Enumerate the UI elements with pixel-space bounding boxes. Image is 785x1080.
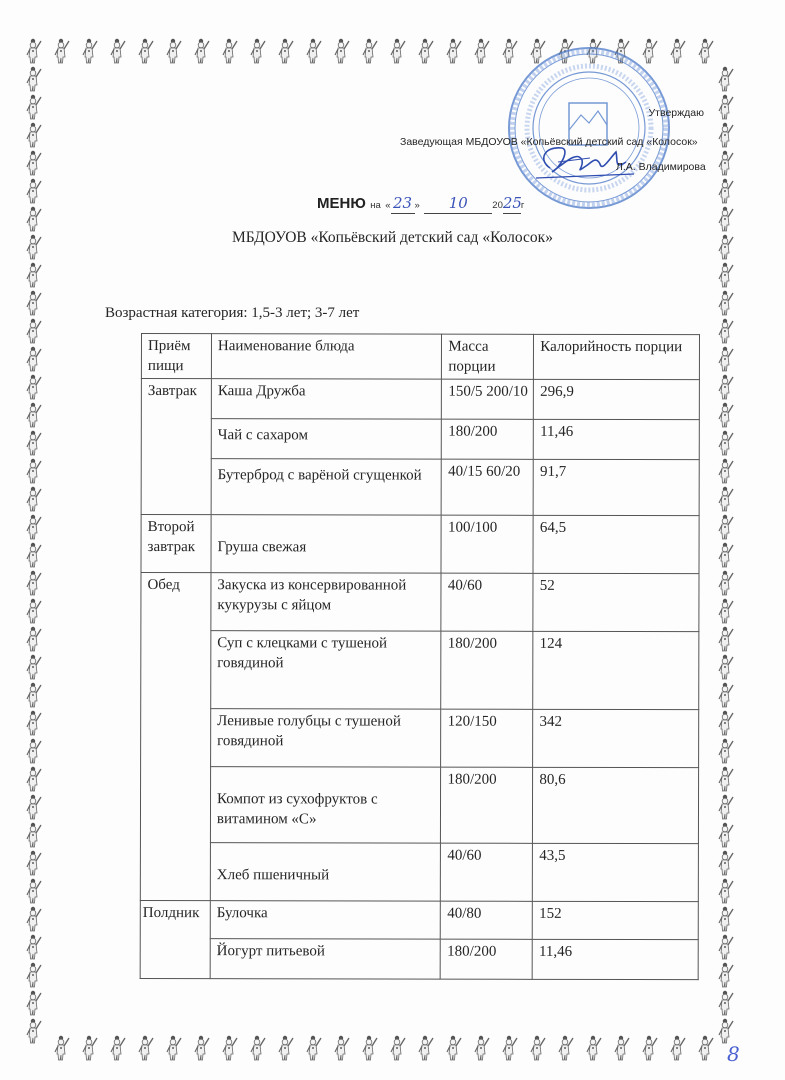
child-figure-icon bbox=[26, 934, 44, 960]
dish-name: Бутерброд с варёной сгущенкой bbox=[211, 459, 442, 515]
dish-name: Суп с клецками с тушеной говядиной bbox=[211, 631, 442, 709]
dish-calories: 152 bbox=[533, 901, 699, 939]
table-row: Чай с сахаром 180/200 11,46 bbox=[141, 419, 699, 460]
child-figure-icon bbox=[26, 1018, 44, 1044]
header-dish: Наименование блюда bbox=[211, 334, 442, 379]
dish-calories: 124 bbox=[533, 631, 699, 709]
page-number: 8 bbox=[727, 1042, 740, 1066]
dish-name: Компот из сухофруктов с витамином «С» bbox=[210, 767, 441, 843]
table-row: Йогурт питьевой 180/200 11,46 bbox=[140, 938, 698, 979]
child-figure-icon bbox=[718, 962, 736, 988]
meal-cell: Обед bbox=[140, 573, 211, 901]
child-figure-icon bbox=[26, 178, 44, 204]
child-figure-icon bbox=[26, 514, 44, 540]
child-figure-icon bbox=[26, 682, 44, 708]
child-figure-icon bbox=[718, 906, 736, 932]
dish-name: Йогурт питьевой bbox=[210, 939, 441, 979]
child-figure-icon bbox=[558, 1035, 576, 1061]
table-row: Хлеб пшеничный 40/60 43,5 bbox=[140, 842, 698, 901]
dish-mass: 40/80 bbox=[441, 901, 533, 939]
child-figure-icon bbox=[718, 234, 736, 260]
child-figure-icon bbox=[718, 94, 736, 120]
dish-name: Чай с сахаром bbox=[211, 419, 442, 459]
child-figure-icon bbox=[222, 1035, 240, 1061]
organization-name: МБДОУОВ «Копьёвский детский сад «Колосок… bbox=[232, 229, 553, 247]
child-figure-icon bbox=[718, 66, 736, 92]
child-figure-icon bbox=[54, 1035, 72, 1061]
child-figure-icon bbox=[26, 570, 44, 596]
child-figure-icon bbox=[166, 38, 184, 64]
child-figure-icon bbox=[718, 850, 736, 876]
child-figure-icon bbox=[166, 1035, 184, 1061]
child-figure-icon bbox=[26, 318, 44, 344]
child-figure-icon bbox=[26, 990, 44, 1016]
dish-mass: 180/200 bbox=[441, 631, 533, 709]
dish-calories: 43,5 bbox=[533, 843, 699, 901]
child-figure-icon bbox=[390, 1035, 408, 1061]
child-figure-icon bbox=[26, 654, 44, 680]
header-mass: Масса порции bbox=[442, 334, 534, 379]
child-figure-icon bbox=[642, 1035, 660, 1061]
child-figure-icon bbox=[26, 346, 44, 372]
child-figure-icon bbox=[418, 38, 436, 64]
dish-name: Булочка bbox=[210, 901, 441, 939]
child-figure-icon bbox=[446, 38, 464, 64]
child-figure-icon bbox=[718, 1018, 736, 1044]
child-figure-icon bbox=[718, 878, 736, 904]
child-figure-icon bbox=[26, 122, 44, 148]
child-figure-icon bbox=[718, 710, 736, 736]
child-figure-icon bbox=[26, 402, 44, 428]
child-figure-icon bbox=[718, 486, 736, 512]
child-figure-icon bbox=[26, 850, 44, 876]
dish-mass: 150/5 200/10 bbox=[442, 379, 534, 419]
meal-cell: Второй завтрак bbox=[141, 515, 211, 573]
child-figure-icon bbox=[26, 234, 44, 260]
child-figure-icon bbox=[362, 1035, 380, 1061]
child-figure-icon bbox=[718, 626, 736, 652]
child-figure-icon bbox=[718, 430, 736, 456]
menu-word: МЕНЮ bbox=[317, 195, 366, 212]
child-figure-icon bbox=[718, 178, 736, 204]
menu-day: 23 bbox=[393, 194, 412, 212]
child-figure-icon bbox=[718, 654, 736, 680]
child-figure-icon bbox=[670, 1035, 688, 1061]
child-figure-icon bbox=[698, 38, 716, 64]
approval-title: Утверждаю bbox=[649, 107, 704, 119]
dish-mass: 180/200 bbox=[441, 767, 533, 843]
dish-calories: 11,46 bbox=[534, 419, 700, 459]
child-figure-icon bbox=[194, 38, 212, 64]
child-figure-icon bbox=[278, 1035, 296, 1061]
dish-calories: 296,9 bbox=[534, 379, 700, 419]
official-stamp-icon bbox=[506, 45, 672, 211]
child-figure-icon bbox=[278, 38, 296, 64]
child-figure-icon bbox=[26, 962, 44, 988]
child-figure-icon bbox=[718, 990, 736, 1016]
child-figure-icon bbox=[698, 1035, 716, 1061]
child-figure-icon bbox=[26, 766, 44, 792]
child-figure-icon bbox=[306, 38, 324, 64]
dish-name: Ленивые голубцы с тушеной говядиной bbox=[211, 709, 442, 767]
child-figure-icon bbox=[718, 290, 736, 316]
table-header-row: Приём пищи Наименование блюда Масса порц… bbox=[141, 334, 699, 380]
child-figure-icon bbox=[718, 542, 736, 568]
child-figure-icon bbox=[138, 38, 156, 64]
child-figure-icon bbox=[718, 766, 736, 792]
child-figure-icon bbox=[718, 402, 736, 428]
child-figure-icon bbox=[670, 38, 688, 64]
approval-signatory: Л.А. Владимирова bbox=[616, 161, 716, 173]
child-figure-icon bbox=[26, 738, 44, 764]
child-figure-icon bbox=[110, 1035, 128, 1061]
child-figure-icon bbox=[26, 458, 44, 484]
child-figure-icon bbox=[26, 486, 44, 512]
child-figure-icon bbox=[26, 710, 44, 736]
child-figure-icon bbox=[26, 290, 44, 316]
child-figure-icon bbox=[718, 206, 736, 232]
child-figure-icon bbox=[306, 1035, 324, 1061]
child-figure-icon bbox=[718, 822, 736, 848]
child-figure-icon bbox=[418, 1035, 436, 1061]
child-figure-icon bbox=[474, 1035, 492, 1061]
child-figure-icon bbox=[26, 598, 44, 624]
table-row: Обед Закуска из консервированной кукуруз… bbox=[141, 573, 699, 632]
meal-cell: Полдник bbox=[140, 900, 210, 978]
child-figure-icon bbox=[718, 374, 736, 400]
child-figure-icon bbox=[718, 738, 736, 764]
child-figure-icon bbox=[718, 122, 736, 148]
table-row: Полдник Булочка 40/80 152 bbox=[140, 900, 698, 939]
child-figure-icon bbox=[26, 38, 44, 64]
meal-cell: Завтрак bbox=[141, 379, 211, 515]
table-row: Компот из сухофруктов с витамином «С» 18… bbox=[140, 767, 698, 844]
child-figure-icon bbox=[390, 38, 408, 64]
dish-name: Закуска из консервированной кукурузы с я… bbox=[211, 573, 442, 631]
dish-mass: 180/200 bbox=[442, 419, 534, 459]
child-figure-icon bbox=[26, 94, 44, 120]
dish-mass: 120/150 bbox=[441, 709, 533, 767]
dish-calories: 52 bbox=[533, 573, 699, 631]
child-figure-icon bbox=[26, 542, 44, 568]
child-figure-icon bbox=[718, 598, 736, 624]
child-figure-icon bbox=[718, 794, 736, 820]
age-category: Возрастная категория: 1,5-3 лет; 3-7 лет bbox=[105, 305, 359, 322]
child-figure-icon bbox=[718, 682, 736, 708]
child-figure-icon bbox=[718, 514, 736, 540]
menu-table: Приём пищи Наименование блюда Масса порц… bbox=[140, 333, 700, 980]
dish-calories: 91,7 bbox=[533, 459, 699, 515]
child-figure-icon bbox=[26, 66, 44, 92]
dish-mass: 100/100 bbox=[441, 515, 533, 573]
child-figure-icon bbox=[26, 206, 44, 232]
table-row: Бутерброд с варёной сгущенкой 40/15 60/2… bbox=[141, 459, 699, 516]
dish-calories: 64,5 bbox=[533, 515, 699, 573]
child-figure-icon bbox=[222, 38, 240, 64]
table-row: Завтрак Каша Дружба 150/5 200/10 296,9 bbox=[141, 379, 699, 420]
dish-mass: 40/60 bbox=[441, 573, 533, 631]
dish-mass: 40/60 bbox=[441, 843, 533, 901]
child-figure-icon bbox=[718, 346, 736, 372]
child-figure-icon bbox=[26, 822, 44, 848]
table-row: Второй завтрак Груша свежая 100/100 64,5 bbox=[141, 515, 699, 574]
child-figure-icon bbox=[718, 262, 736, 288]
child-figure-icon bbox=[26, 430, 44, 456]
header-calories: Калорийность порции bbox=[534, 334, 700, 379]
child-figure-icon bbox=[718, 150, 736, 176]
child-figure-icon bbox=[110, 38, 128, 64]
dish-name: Каша Дружба bbox=[211, 379, 442, 419]
dish-calories: 11,46 bbox=[532, 939, 698, 979]
menu-month: 10 bbox=[449, 194, 468, 212]
menu-year: 25 bbox=[503, 194, 522, 212]
header-meal: Приём пищи bbox=[141, 334, 211, 379]
child-figure-icon bbox=[614, 1035, 632, 1061]
table-row: Ленивые голубцы с тушеной говядиной 120/… bbox=[141, 709, 699, 768]
child-figure-icon bbox=[586, 1035, 604, 1061]
child-figure-icon bbox=[334, 38, 352, 64]
child-figure-icon bbox=[26, 878, 44, 904]
child-figure-icon bbox=[26, 262, 44, 288]
child-figure-icon bbox=[446, 1035, 464, 1061]
child-figure-icon bbox=[474, 38, 492, 64]
table-row: Суп с клецками с тушеной говядиной 180/2… bbox=[141, 631, 699, 710]
dish-calories: 80,6 bbox=[533, 767, 699, 843]
dish-calories: 342 bbox=[533, 709, 699, 767]
child-figure-icon bbox=[530, 1035, 548, 1061]
child-figure-icon bbox=[138, 1035, 156, 1061]
dish-mass: 40/15 60/20 bbox=[442, 459, 534, 515]
dish-mass: 180/200 bbox=[441, 939, 533, 979]
child-figure-icon bbox=[250, 1035, 268, 1061]
child-figure-icon bbox=[26, 906, 44, 932]
child-figure-icon bbox=[26, 794, 44, 820]
menu-heading: МЕНЮ на «23» 102025г bbox=[317, 194, 524, 214]
child-figure-icon bbox=[54, 38, 72, 64]
dish-name: Груша свежая bbox=[211, 515, 442, 573]
child-figure-icon bbox=[26, 150, 44, 176]
on-word: на bbox=[370, 200, 381, 211]
child-figure-icon bbox=[362, 38, 380, 64]
child-figure-icon bbox=[718, 458, 736, 484]
child-figure-icon bbox=[194, 1035, 212, 1061]
child-figure-icon bbox=[718, 934, 736, 960]
child-figure-icon bbox=[334, 1035, 352, 1061]
child-figure-icon bbox=[718, 570, 736, 596]
child-figure-icon bbox=[718, 318, 736, 344]
child-figure-icon bbox=[250, 38, 268, 64]
child-figure-icon bbox=[82, 38, 100, 64]
child-figure-icon bbox=[82, 1035, 100, 1061]
child-figure-icon bbox=[26, 374, 44, 400]
child-figure-icon bbox=[26, 626, 44, 652]
dish-name: Хлеб пшеничный bbox=[210, 843, 441, 901]
child-figure-icon bbox=[502, 1035, 520, 1061]
